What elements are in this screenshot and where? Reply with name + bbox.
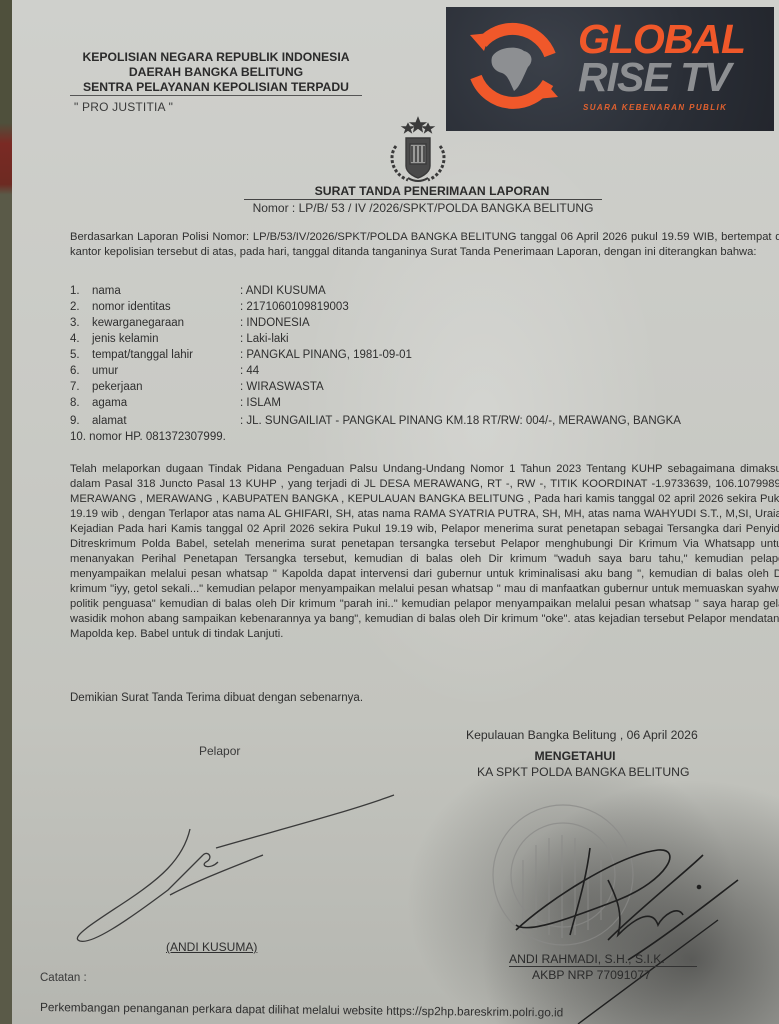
field-label: pekerjaan	[92, 381, 143, 393]
field-number: 4.	[70, 333, 80, 345]
document-number: Nomor : LP/B/ 53 / IV /2026/SPKT/POLDA B…	[238, 201, 608, 215]
field-value: : ANDI KUSUMA	[240, 285, 326, 297]
document-title: SURAT TANDA PENERIMAAN LAPORAN	[262, 184, 602, 198]
logo-subtitle: RISE TV	[578, 57, 730, 97]
title-underline	[244, 199, 602, 200]
field-label: nama	[92, 285, 121, 297]
institution-line: SENTRA PELAYANAN KEPOLISIAN TERPADU	[70, 80, 362, 95]
institution-header: KEPOLISIAN NEGARA REPUBLIK INDONESIA DAE…	[70, 50, 362, 95]
note-text: Perkembangan penanganan perkara dapat di…	[40, 1000, 563, 1019]
officer-name-underline	[509, 966, 697, 967]
official-stamp-icon	[493, 805, 633, 945]
field-value: : Laki-laki	[240, 333, 289, 345]
field-number: 6.	[70, 365, 80, 377]
field-value: : INDONESIA	[240, 317, 310, 329]
field-number: 9.	[70, 415, 80, 427]
place-date: Kepulauan Bangka Belitung , 06 April 202…	[466, 728, 698, 742]
field-label: umur	[92, 365, 118, 377]
field-number: 3.	[70, 317, 80, 329]
field-value: : 44	[240, 365, 259, 377]
closing-statement: Demikian Surat Tanda Terima dibuat denga…	[70, 692, 363, 704]
background-edge	[0, 0, 12, 1024]
field-value: : WIRASWASTA	[240, 381, 324, 393]
officer-rank: AKBP NRP 77091077	[532, 968, 651, 982]
globe-arrows-icon	[462, 17, 564, 119]
field-number: 1.	[70, 285, 80, 297]
officer-signature-icon	[516, 848, 738, 960]
note-label: Catatan :	[40, 972, 87, 984]
field-label: tempat/tanggal lahir	[92, 349, 193, 361]
field-number: 5.	[70, 349, 80, 361]
field-number: 8.	[70, 397, 80, 409]
report-body: Telah melaporkan dugaan Tindak Pidana Pe…	[70, 462, 779, 642]
field-row-phone: 10. nomor HP. 081372307999.	[70, 431, 226, 443]
field-label: kewarganegaraan	[92, 317, 184, 329]
institution-line: DAERAH BANGKA BELITUNG	[70, 65, 362, 80]
reporter-signature-icon	[77, 795, 394, 941]
field-value: : ISLAM	[240, 397, 281, 409]
intro-paragraph: Berdasarkan Laporan Polisi Nomor: LP/B/5…	[70, 230, 779, 260]
officer-name: ANDI RAHMADI, S.H., S.I.K.	[509, 952, 665, 966]
field-number: 7.	[70, 381, 80, 393]
field-label: agama	[92, 397, 127, 409]
acknowledged-label: MENGETAHUI	[467, 749, 683, 763]
field-label: alamat	[92, 415, 127, 427]
field-number: 2.	[70, 301, 80, 313]
document-page: KEPOLISIAN NEGARA REPUBLIK INDONESIA DAE…	[12, 0, 779, 1024]
field-label: nomor identitas	[92, 301, 171, 313]
logo-tagline: SUARA KEBENARAN PUBLIK	[583, 103, 727, 112]
acknowledger-role: KA SPKT POLDA BANGKA BELITUNG	[477, 765, 689, 779]
reporter-label: Pelapor	[199, 744, 240, 758]
reporter-name: (ANDI KUSUMA)	[166, 940, 257, 954]
field-value: : PANGKAL PINANG, 1981-09-01	[240, 349, 412, 361]
logo-title: GLOBAL	[578, 19, 745, 59]
header-divider	[70, 95, 362, 96]
field-value: : JL. SUNGAILIAT - PANGKAL PINANG KM.18 …	[240, 415, 681, 427]
global-rise-tv-logo: GLOBAL RISE TV SUARA KEBENARAN PUBLIK	[446, 7, 774, 131]
pro-justitia-label: " PRO JUSTITIA "	[74, 100, 173, 114]
field-label: jenis kelamin	[92, 333, 158, 345]
institution-line: KEPOLISIAN NEGARA REPUBLIK INDONESIA	[70, 50, 362, 65]
field-value: : 2171060109819003	[240, 301, 349, 313]
